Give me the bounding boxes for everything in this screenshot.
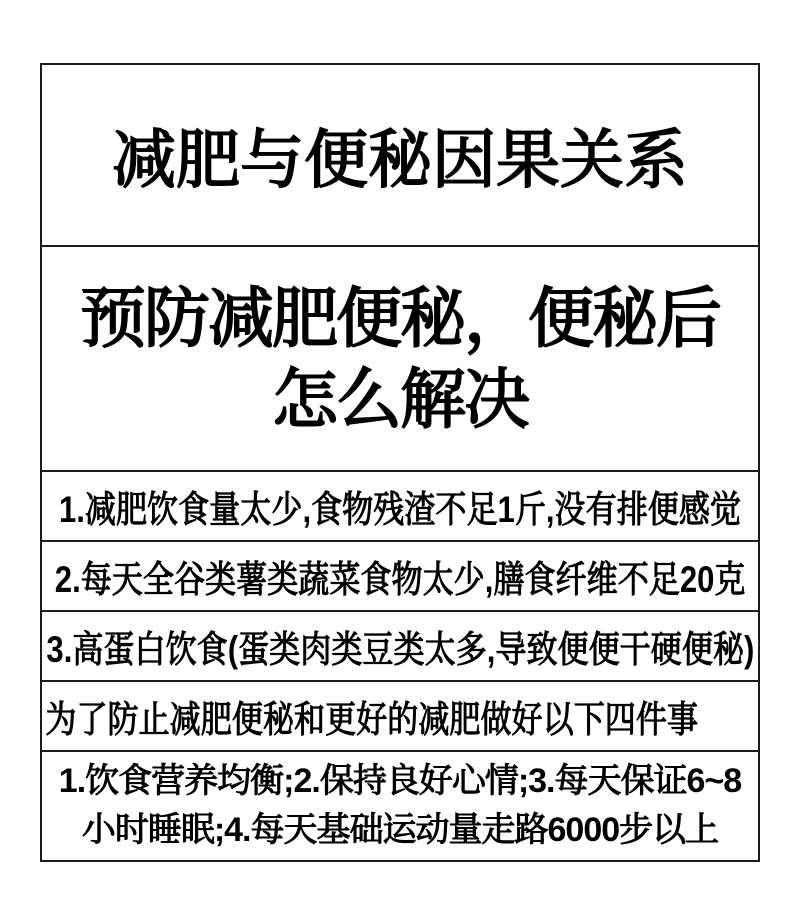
title-row: 减肥与便秘因果关系: [42, 65, 758, 245]
cause-item-row-2: 2.每天全谷类薯类蔬菜食物太少,膳食纤维不足20克: [42, 540, 758, 610]
cause-item-row-3: 3.高蛋白饮食(蛋类肉类豆类太多,导致便便干硬便秘): [42, 610, 758, 680]
advice-list: 1.饮食营养均衡;2.保持良好心情;3.每天保证6~8小时睡眠;4.每天基础运动…: [42, 757, 758, 856]
page: { "colors": { "background": "#ffffff", "…: [0, 0, 800, 906]
subtitle: 预防减肥便秘，便秘后怎么解决: [42, 278, 758, 439]
cause-item-1: 1.减肥饮食量太少,食物残渣不足1斤,没有排便感觉: [59, 479, 741, 533]
info-card: 减肥与便秘因果关系 预防减肥便秘，便秘后怎么解决 1.减肥饮食量太少,食物残渣不…: [40, 63, 760, 862]
subtitle-row: 预防减肥便秘，便秘后怎么解决: [42, 245, 758, 470]
advice-list-row: 1.饮食营养均衡;2.保持良好心情;3.每天保证6~8小时睡眠;4.每天基础运动…: [42, 750, 758, 860]
cause-item-2: 2.每天全谷类薯类蔬菜食物太少,膳食纤维不足20克: [55, 549, 746, 603]
main-title: 减肥与便秘因果关系: [112, 109, 688, 201]
cause-item-3: 3.高蛋白饮食(蛋类肉类豆类太多,导致便便干硬便秘): [46, 619, 754, 673]
cause-item-row-1: 1.减肥饮食量太少,食物残渣不足1斤,没有排便感觉: [42, 470, 758, 540]
advice-intro: 为了防止减肥便秘和更好的减肥做好以下四件事: [42, 689, 698, 743]
advice-intro-row: 为了防止减肥便秘和更好的减肥做好以下四件事: [42, 680, 758, 750]
